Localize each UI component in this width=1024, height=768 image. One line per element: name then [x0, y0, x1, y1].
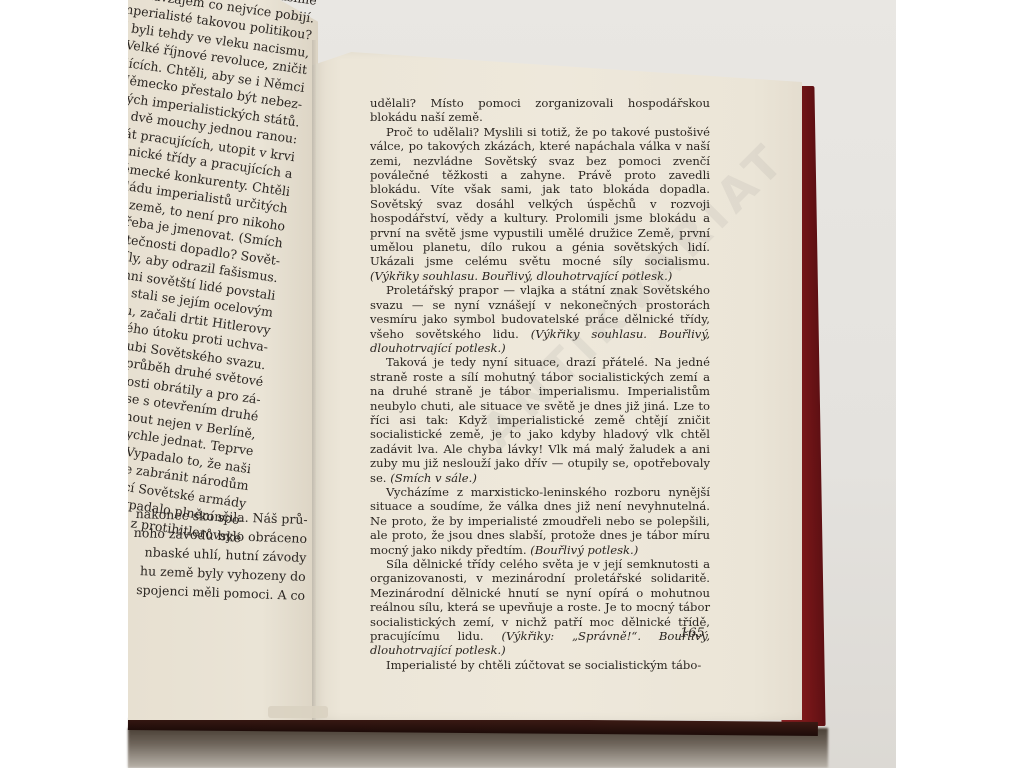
book-photo: an, budou-li vítězit Rusové, musímeAť se…: [0, 0, 1024, 768]
left-page-text-area: an, budou-li vítězit Rusové, musímeAť se…: [128, 0, 318, 720]
audience-reaction: (Smích v sále.): [390, 471, 477, 485]
right-page-text: udělali? Místo pomoci zorganizovali hosp…: [370, 96, 710, 672]
audience-reaction: (Výkřiky souhlasu. Bouřlivý, dlouhotrvaj…: [370, 269, 672, 283]
paragraph: Proletářský prapor — vlajka a státní zna…: [370, 283, 710, 355]
page-number: 165: [680, 626, 705, 641]
paragraph-text: Imperialisté by chtěli zúčtovat se socia…: [386, 658, 701, 672]
audience-reaction: (Bouřlivý potlesk.): [530, 543, 638, 557]
paragraph: Síla dělnické třídy celého světa je v je…: [370, 557, 710, 658]
spine-binding: [268, 706, 328, 718]
paragraph: Vycházíme z marxisticko-leninského rozbo…: [370, 485, 710, 557]
paragraph-text: Taková je tedy nyní situace, drazí přáte…: [370, 355, 710, 484]
left-page-upper-text: an, budou-li vítězit Rusové, musímeAť se…: [128, 0, 318, 547]
paragraph: Imperialisté by chtěli zúčtovat se socia…: [370, 658, 710, 672]
left-page-lower-text: nakonec skončila. Náš prů-noho závodů by…: [128, 502, 308, 605]
book-gutter: [312, 40, 316, 720]
paragraph: Proč to udělali? Myslili si totiž, že po…: [370, 125, 710, 283]
paragraph: Taková je tedy nyní situace, drazí přáte…: [370, 355, 710, 485]
paragraph-text: Proč to udělali? Myslili si totiž, že po…: [370, 125, 710, 269]
paragraph: udělali? Místo pomoci zorganizovali hosp…: [370, 96, 710, 125]
paragraph-text: udělali? Místo pomoci zorganizovali hosp…: [370, 96, 710, 124]
